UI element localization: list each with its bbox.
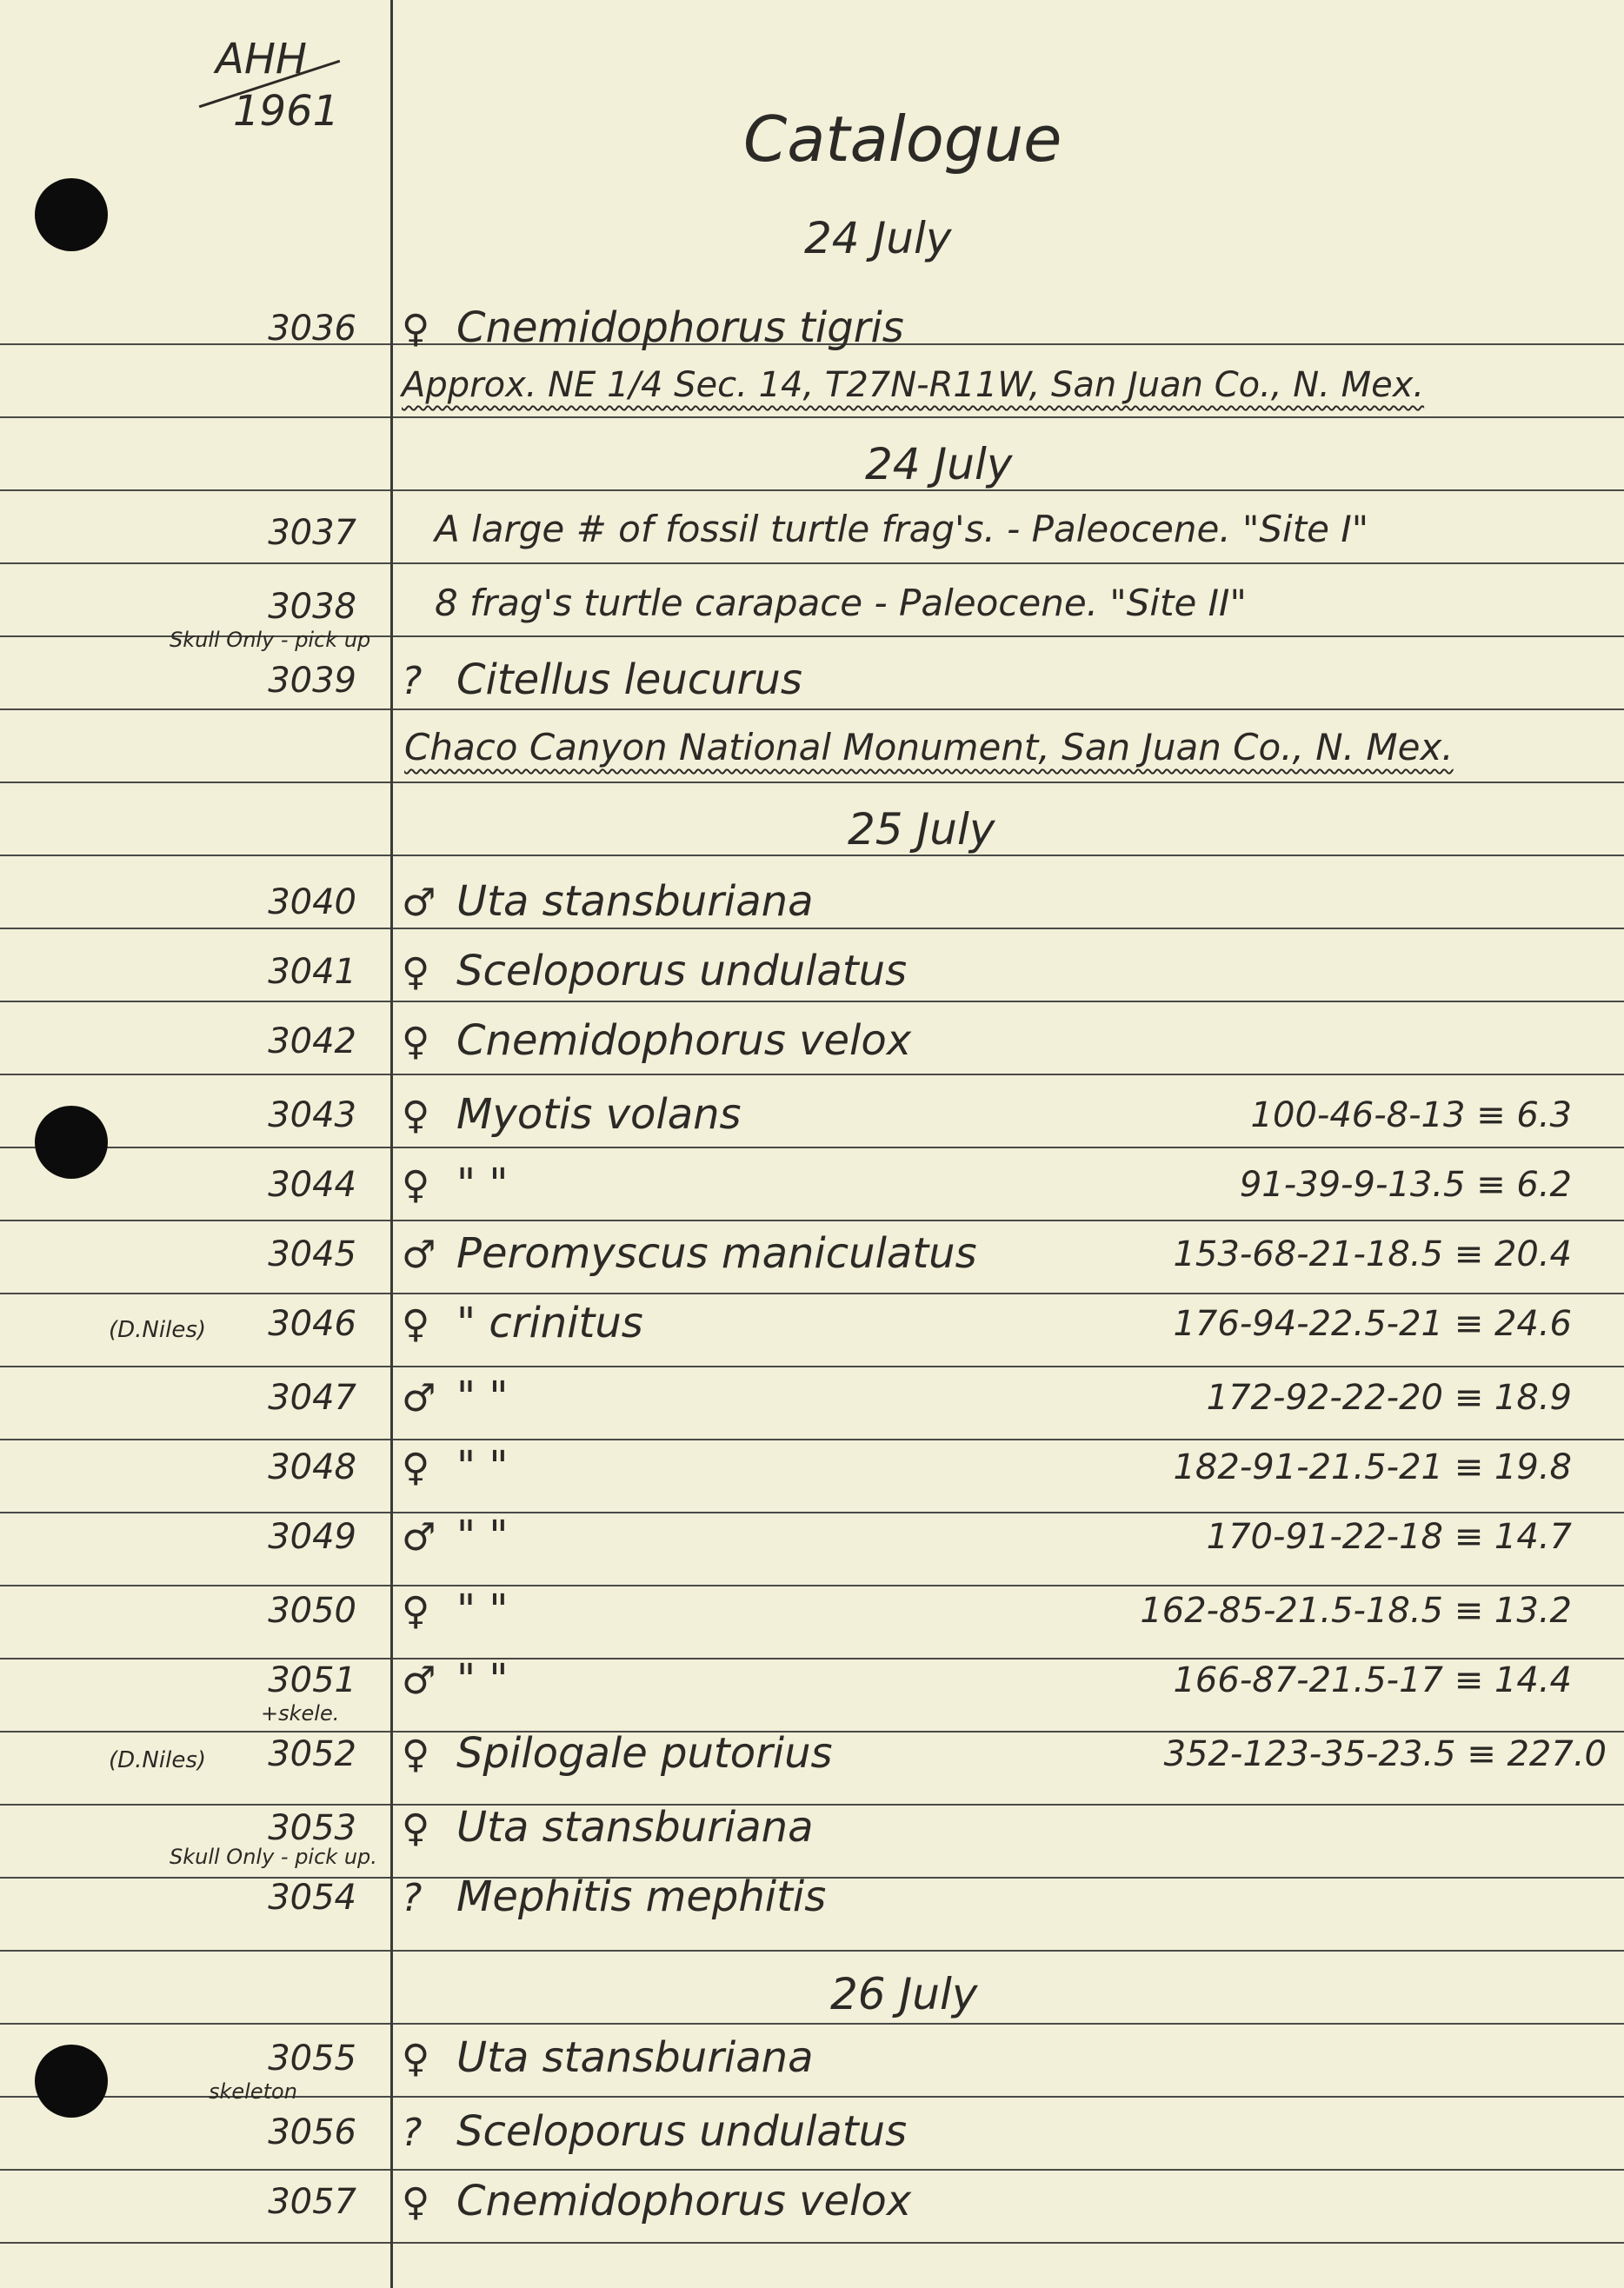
sex-symbol: ♀ bbox=[402, 1094, 429, 1138]
sex-symbol: ? bbox=[402, 1876, 422, 1920]
measurements: 166-87-21.5-17 ≡ 14.4 bbox=[1173, 1660, 1572, 1700]
catalogue-number: 3054 bbox=[148, 1878, 356, 1918]
species-name: Cnemidophorus tigris bbox=[456, 303, 904, 352]
species-name: Peromyscus maniculatus bbox=[456, 1229, 977, 1278]
sex-symbol: ♂ bbox=[402, 1233, 436, 1277]
sex-symbol: ♀ bbox=[402, 1163, 429, 1207]
measurements: 91-39-9-13.5 ≡ 6.2 bbox=[1240, 1165, 1572, 1205]
species-name: " " bbox=[456, 1373, 508, 1421]
sex-symbol: ♀ bbox=[402, 1806, 429, 1851]
species-name: " " bbox=[456, 1512, 508, 1560]
punch-hole bbox=[35, 178, 108, 251]
sex-symbol: ♀ bbox=[402, 950, 429, 994]
margin-line bbox=[390, 0, 393, 2288]
catalogue-number: 3042 bbox=[148, 1021, 356, 1061]
catalogue-number: 3051 bbox=[148, 1660, 356, 1700]
sex-symbol: ♀ bbox=[402, 1020, 429, 1064]
species-name: " " bbox=[456, 1586, 508, 1634]
species-name: " " bbox=[456, 1442, 508, 1491]
locality: Approx. NE 1/4 Sec. 14, T27N-R11W, San J… bbox=[402, 365, 1424, 405]
species-name: 8 frag's turtle carapace - Paleocene. "S… bbox=[435, 582, 1247, 624]
species-name: A large # of fossil turtle frag's. - Pal… bbox=[435, 508, 1368, 550]
measurements: 170-91-22-18 ≡ 14.7 bbox=[1207, 1517, 1572, 1557]
catalogue-number: 3048 bbox=[148, 1447, 356, 1487]
sex-symbol: ♂ bbox=[402, 1376, 436, 1420]
sex-symbol: ? bbox=[402, 2111, 422, 2155]
catalogue-number: 3039 bbox=[148, 661, 356, 701]
species-name: Sceloporus undulatus bbox=[456, 947, 907, 995]
measurements: 100-46-8-13 ≡ 6.3 bbox=[1251, 1095, 1572, 1135]
punch-hole bbox=[35, 2045, 108, 2118]
section-date: 25 July bbox=[848, 804, 995, 855]
species-name: Spilogale putorius bbox=[456, 1729, 833, 1778]
page-title: Catalogue bbox=[743, 103, 1062, 176]
specimen-note: Skull Only - pick up. bbox=[170, 1845, 377, 1869]
measurements: 176-94-22.5-21 ≡ 24.6 bbox=[1173, 1304, 1572, 1344]
catalogue-number: 3040 bbox=[148, 882, 356, 922]
catalogue-number: 3055 bbox=[148, 2039, 356, 2078]
catalogue-number: 3049 bbox=[148, 1517, 356, 1557]
species-name: Uta stansburiana bbox=[456, 2033, 814, 2082]
species-name: Uta stansburiana bbox=[456, 877, 814, 926]
collector-note: (D.Niles) bbox=[109, 1747, 206, 1773]
section-date: 24 July bbox=[804, 213, 951, 263]
sex-symbol: ♀ bbox=[402, 2037, 429, 2081]
species-name: Sceloporus undulatus bbox=[456, 2107, 907, 2156]
sex-symbol: ♂ bbox=[402, 1515, 436, 1560]
catalogue-number: 3044 bbox=[148, 1165, 356, 1205]
species-name: Cnemidophorus velox bbox=[456, 2177, 911, 2225]
species-name: " " bbox=[456, 1655, 508, 1704]
section-date: 26 July bbox=[830, 1969, 977, 2019]
punch-hole bbox=[35, 1106, 108, 1179]
section-date: 24 July bbox=[865, 439, 1012, 489]
catalogue-number: 3043 bbox=[148, 1095, 356, 1135]
species-name: Citellus leucurus bbox=[456, 655, 802, 704]
catalogue-number: 3057 bbox=[148, 2182, 356, 2222]
catalogue-number: 3041 bbox=[148, 952, 356, 992]
measurements: 162-85-21.5-18.5 ≡ 13.2 bbox=[1140, 1591, 1572, 1631]
measurements: 182-91-21.5-21 ≡ 19.8 bbox=[1173, 1447, 1572, 1487]
specimen-note: +skele. bbox=[261, 1701, 339, 1726]
species-name: Myotis volans bbox=[456, 1090, 742, 1139]
species-name: Uta stansburiana bbox=[456, 1803, 814, 1852]
catalogue-number: 3038 bbox=[148, 587, 356, 627]
sex-symbol: ♀ bbox=[402, 1733, 429, 1777]
catalogue-number: 3036 bbox=[148, 309, 356, 349]
specimen-note: skeleton bbox=[209, 2079, 297, 2104]
catalogue-number: 3037 bbox=[148, 513, 356, 553]
collector-note: (D.Niles) bbox=[109, 1317, 206, 1343]
species-name: " crinitus bbox=[456, 1299, 643, 1347]
sex-symbol: ♀ bbox=[402, 2180, 429, 2225]
measurements: 172-92-22-20 ≡ 18.9 bbox=[1207, 1378, 1572, 1418]
specimen-note: Skull Only - pick up bbox=[170, 628, 370, 652]
catalogue-number: 3045 bbox=[148, 1234, 356, 1274]
measurements: 153-68-21-18.5 ≡ 20.4 bbox=[1173, 1234, 1572, 1274]
sex-symbol: ♀ bbox=[402, 1589, 429, 1633]
sex-symbol: ♀ bbox=[402, 1446, 429, 1490]
catalogue-number: 3056 bbox=[148, 2112, 356, 2152]
species-name: " " bbox=[456, 1160, 508, 1208]
sex-symbol: ? bbox=[402, 659, 422, 703]
year: 1961 bbox=[233, 87, 339, 136]
sex-symbol: ♀ bbox=[402, 1302, 429, 1347]
catalogue-number: 3047 bbox=[148, 1378, 356, 1418]
locality: Chaco Canyon National Monument, San Juan… bbox=[404, 726, 1454, 768]
species-name: Mephitis mephitis bbox=[456, 1872, 826, 1921]
sex-symbol: ♀ bbox=[402, 307, 429, 351]
sex-symbol: ♂ bbox=[402, 1659, 436, 1703]
species-name: Cnemidophorus velox bbox=[456, 1016, 911, 1065]
catalogue-number: 3053 bbox=[148, 1808, 356, 1848]
measurements: 352-123-35-23.5 ≡ 227.0 bbox=[1164, 1734, 1607, 1774]
sex-symbol: ♂ bbox=[402, 881, 436, 925]
catalogue-number: 3050 bbox=[148, 1591, 356, 1631]
